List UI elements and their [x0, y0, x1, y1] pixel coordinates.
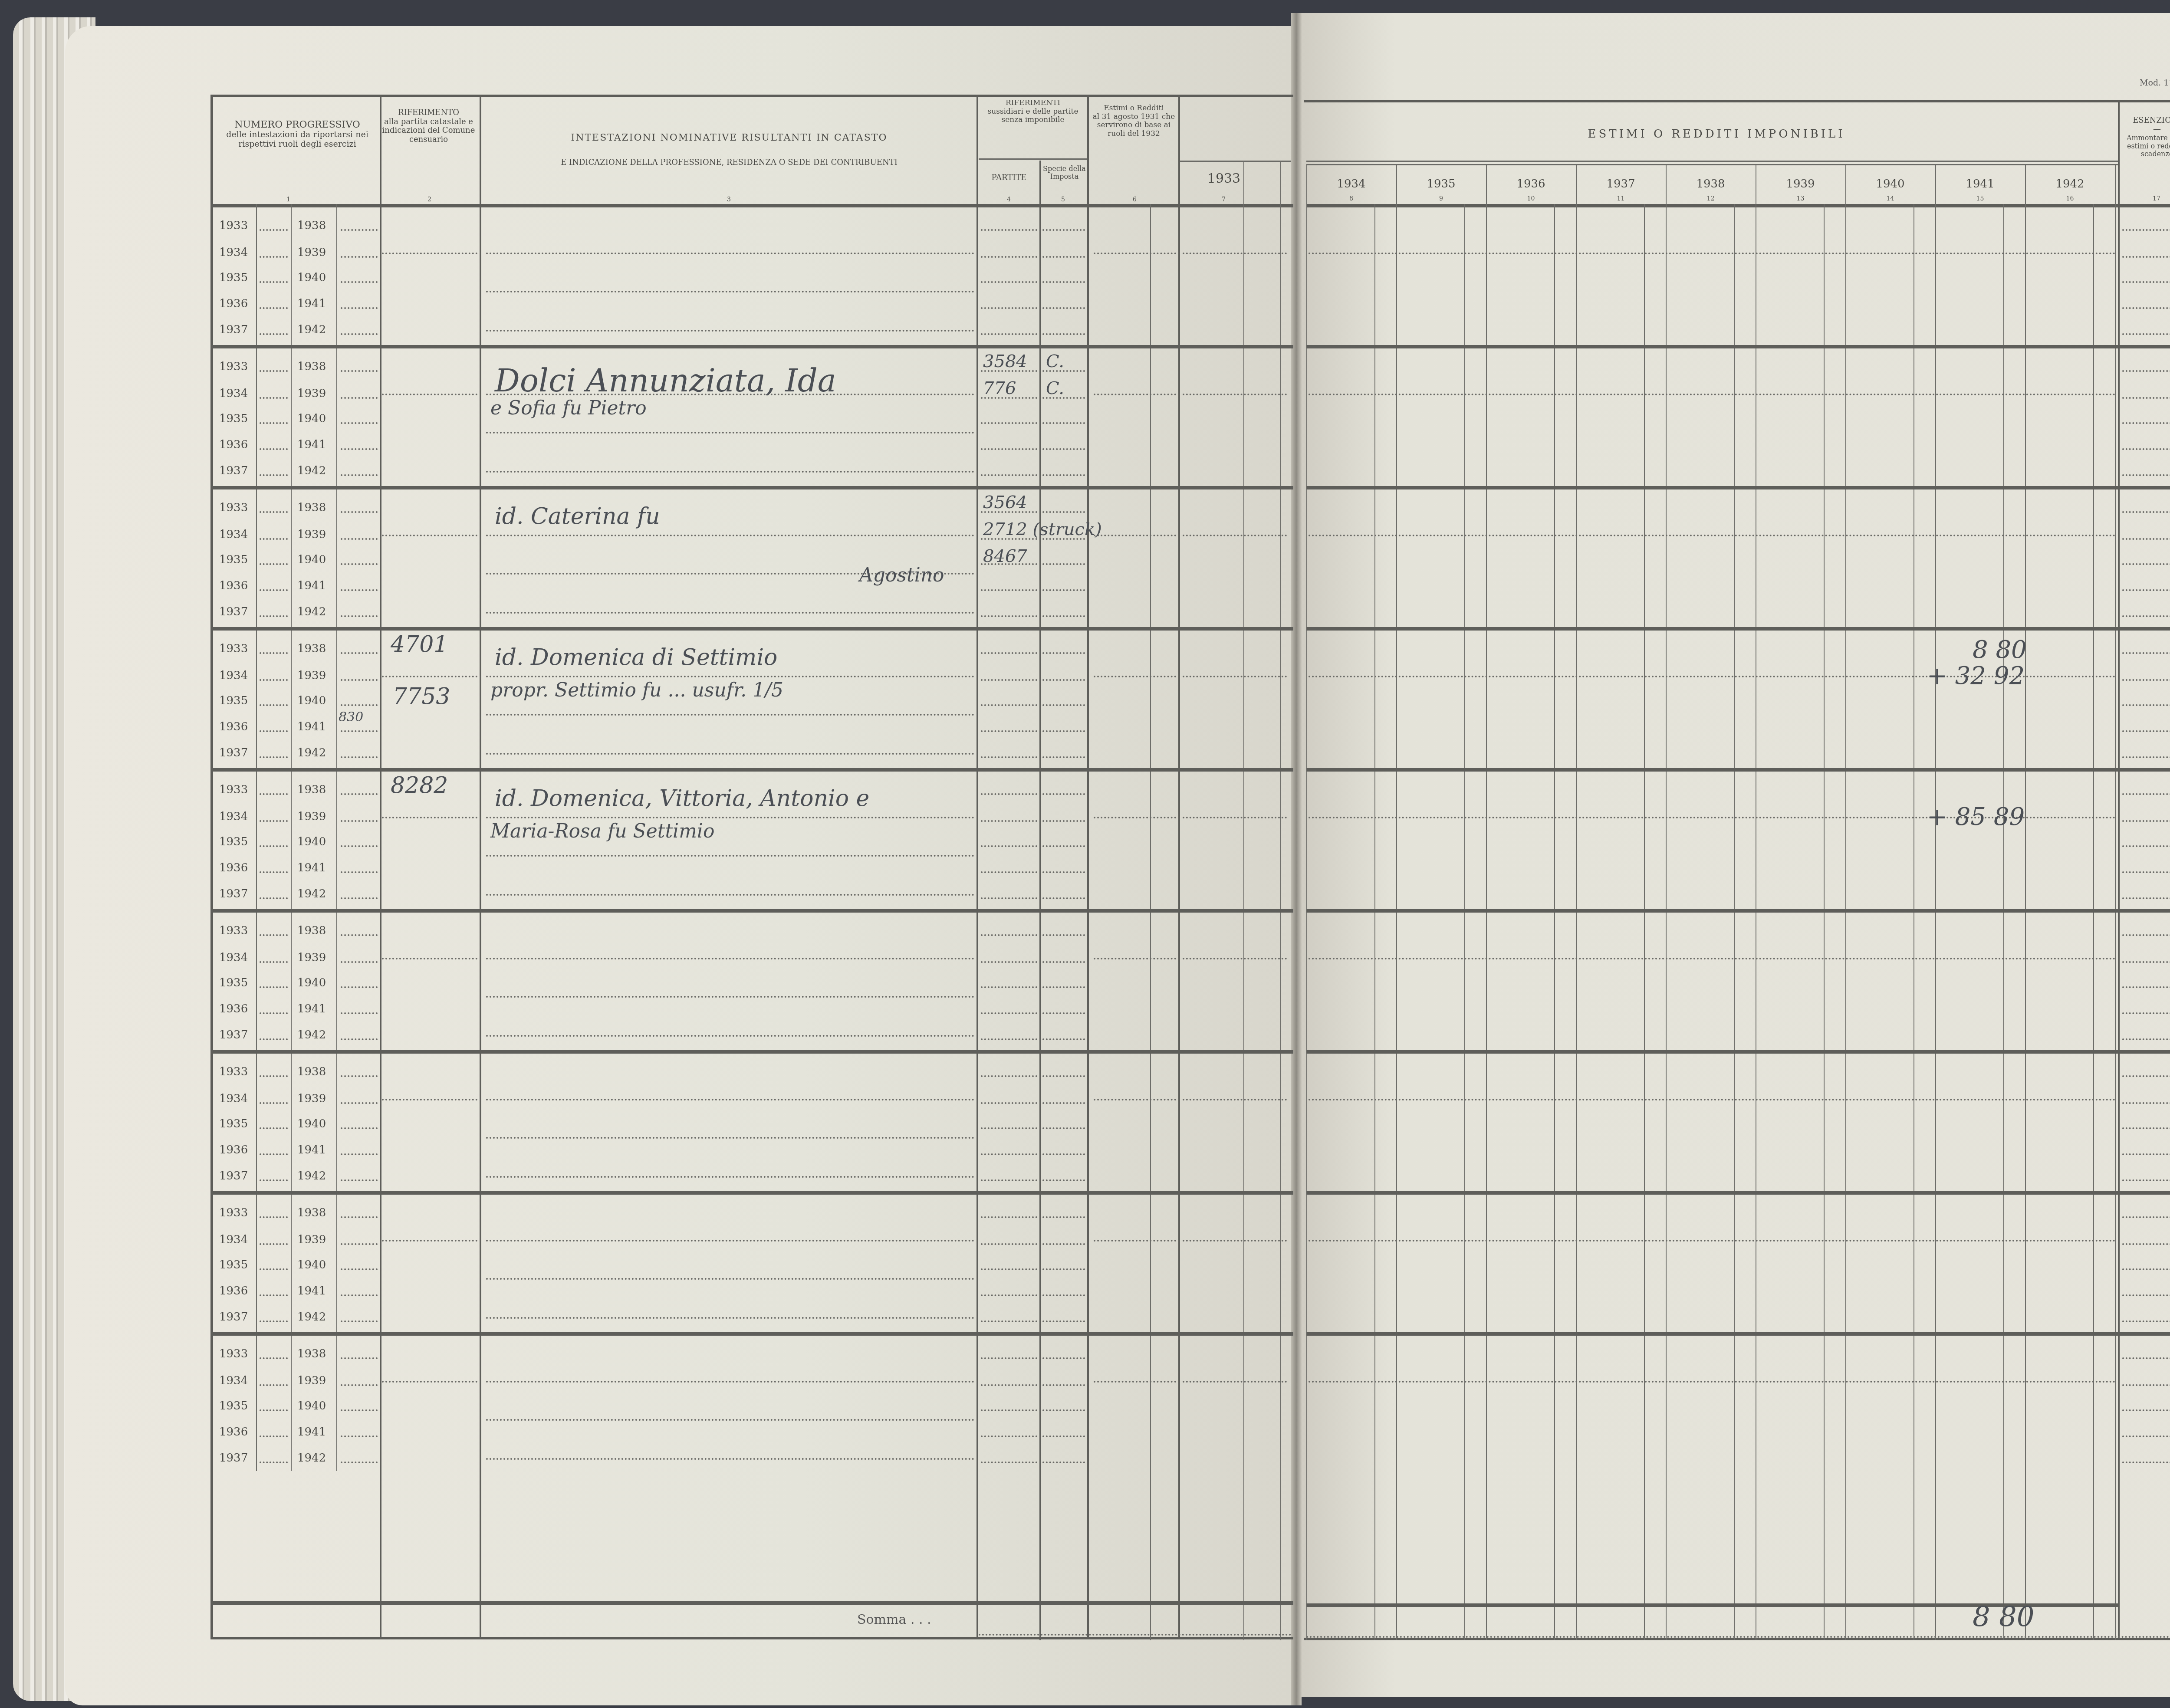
somma-label: Somma . . .: [857, 1612, 931, 1627]
block-rule: [1306, 627, 2170, 631]
col-divider: [2118, 100, 2120, 1640]
year-label: 1938: [297, 360, 326, 373]
dotline: [2122, 820, 2170, 822]
dotline: [981, 1038, 1037, 1040]
dotline: [260, 986, 288, 988]
year-label: 1936: [219, 579, 248, 592]
handwritten-estimo-value: + 32 92: [1927, 662, 2025, 690]
dotline: [1042, 1012, 1085, 1014]
dotline: [2122, 1294, 2170, 1296]
block-rule: [210, 909, 1293, 913]
dotline: [486, 894, 974, 896]
dotline: [341, 1294, 378, 1296]
dotline: [2122, 1179, 2170, 1181]
dotline: [486, 253, 974, 254]
dotline: [260, 589, 288, 591]
year-label: 1941: [297, 720, 326, 733]
dotline: [2122, 1435, 2170, 1437]
dotline: [260, 229, 288, 231]
dotline: [260, 1153, 288, 1155]
year-label: 1936: [219, 1143, 248, 1156]
year-label: 1942: [297, 887, 326, 900]
year-label: 1936: [219, 1284, 248, 1297]
dotline: [2122, 1102, 2170, 1104]
dotline: [341, 229, 378, 231]
year-label: 1941: [297, 861, 326, 874]
col-number: 9: [1396, 195, 1486, 202]
dotline: [260, 422, 288, 424]
entry-name-line2: Maria-Rosa fu Settimio: [490, 820, 714, 842]
dotline: [260, 934, 288, 936]
year-label: 1941: [297, 1143, 326, 1156]
year-column-header: 1941: [1935, 178, 2025, 191]
dotline: [341, 511, 378, 513]
divider: [1306, 164, 2118, 165]
dotline: [341, 961, 378, 963]
dotline: [341, 704, 378, 706]
year-label: 1936: [219, 1426, 248, 1439]
dotline: [2122, 563, 2170, 565]
dotline: [486, 1035, 974, 1037]
dotline: [2122, 845, 2170, 847]
dotline: [981, 589, 1037, 591]
dotline: [341, 1153, 378, 1155]
col-number: 2: [427, 196, 431, 203]
dotline: [260, 563, 288, 565]
dotline: [2122, 961, 2170, 963]
handwritten-estimo-value: + 85 89: [1927, 803, 2025, 831]
dotline: [1042, 730, 1085, 732]
dotline: [981, 1012, 1037, 1014]
dotline: [260, 897, 288, 899]
dotline: [486, 1381, 974, 1383]
entry-specie: C.: [1046, 378, 1064, 398]
dotline: [341, 793, 378, 795]
dotline: [382, 817, 477, 818]
col1-subtitle: delle intestazioni da riportarsi nei ris…: [215, 130, 380, 149]
dotline: [1309, 1240, 2116, 1242]
dotline: [1042, 1216, 1085, 1218]
dotline: [1042, 1179, 1085, 1181]
block-rule: [210, 1332, 1293, 1336]
dotline: [981, 793, 1037, 795]
col-subdivider: [336, 204, 337, 1471]
dotline: [981, 1357, 1037, 1359]
year-column-header: 1938: [1666, 178, 1756, 191]
dotline: [1042, 1435, 1085, 1437]
dotline: [260, 1409, 288, 1411]
year-col-divider: [1306, 165, 1307, 1640]
block-rule: [1306, 909, 2170, 913]
dotline: [981, 229, 1037, 231]
dotline: [1094, 676, 1176, 677]
year-label: 1934: [219, 1374, 248, 1387]
year-label: 1935: [219, 553, 248, 566]
cents-divider: [2003, 204, 2004, 1640]
year-label: 1937: [219, 1028, 248, 1041]
dotline: [486, 1458, 974, 1460]
year-label: 1941: [297, 297, 326, 310]
dotline: [486, 432, 974, 434]
col-number: 8: [1306, 195, 1396, 202]
year-label: 1933: [219, 219, 248, 232]
dotline: [1042, 474, 1085, 476]
dotline: [2122, 793, 2170, 795]
col2-header: RIFERIMENTO alla partita catastale e ind…: [382, 108, 475, 145]
dotline: [341, 1127, 378, 1129]
col1-header: NUMERO PROGRESSIVO delle intestazioni da…: [215, 119, 380, 149]
dotline: [1042, 1243, 1085, 1245]
dotline: [260, 538, 288, 540]
year-label: 1936: [219, 720, 248, 733]
somma-rule: [210, 1601, 1293, 1605]
col-divider: [1087, 95, 1089, 1639]
year-col-divider: [2115, 165, 2116, 1640]
dotline: [981, 820, 1037, 822]
cents-divider: [1554, 204, 1555, 1640]
dotline: [1042, 1294, 1085, 1296]
dotline: [1042, 256, 1085, 258]
dotline: [486, 714, 974, 716]
dotline: [341, 652, 378, 654]
dotline: [2122, 589, 2170, 591]
dotline: [1042, 845, 1085, 847]
dotline: [2122, 333, 2170, 335]
col2-title: RIFERIMENTO: [382, 108, 475, 118]
col-number: 7: [1222, 196, 1226, 203]
dotline: [260, 333, 288, 335]
dotline: [1042, 229, 1085, 231]
dotline: [1094, 394, 1176, 395]
dotline: [2122, 1462, 2170, 1463]
dotline: [260, 1127, 288, 1129]
dotline: [1042, 1357, 1085, 1359]
year-label: 1938: [297, 1347, 326, 1360]
block-rule: [210, 1050, 1293, 1054]
dotline: [341, 986, 378, 988]
block-rule: [1306, 345, 2170, 348]
dotline: [382, 535, 477, 536]
dotline: [1042, 897, 1085, 899]
block-rule: [1306, 486, 2170, 489]
dotline: [1183, 1381, 1287, 1383]
block-rule: [210, 345, 1293, 348]
divider: [1306, 161, 2118, 162]
dotline: [486, 1099, 974, 1100]
dotline: [981, 756, 1037, 758]
year-label: 1933: [219, 501, 248, 514]
block-rule: [1306, 768, 2170, 772]
dotline: [981, 871, 1037, 873]
year-label: 1933: [219, 360, 248, 373]
dotline: [341, 897, 378, 899]
dotline: [1183, 535, 1287, 536]
dotline: [2122, 256, 2170, 258]
dotline: [486, 817, 974, 818]
dotline: [1042, 1102, 1085, 1104]
dotline: [1042, 986, 1085, 988]
col-number: 17: [2153, 195, 2160, 202]
dotline: [2122, 397, 2170, 399]
year-col-divider: [1845, 165, 1846, 1640]
dotline: [2122, 1012, 2170, 1014]
col6-subtitle: al 31 agosto 1931 che servirono di base …: [1089, 113, 1178, 138]
block-rule: [1306, 1191, 2170, 1195]
dotline: [981, 961, 1037, 963]
dotline: [1042, 679, 1085, 681]
dotline: [1042, 871, 1085, 873]
dotline: [260, 1012, 288, 1014]
dotline: [981, 1409, 1037, 1411]
dotline: [486, 471, 974, 473]
somma-total-1941: 8 80: [1973, 1601, 2035, 1633]
dotline: [981, 1153, 1037, 1155]
dotline: [1042, 1153, 1085, 1155]
col6-header: Estimi o Redditi al 31 agosto 1931 che s…: [1089, 104, 1178, 138]
dotline: [981, 615, 1037, 617]
entry-partita: 776: [983, 378, 1016, 398]
somma-dotline: [1306, 1636, 2170, 1638]
year-label: 1937: [219, 746, 248, 759]
dotline: [260, 679, 288, 681]
entry-name-line1: Dolci Annunziata, Ida: [495, 362, 836, 399]
dotline: [486, 996, 974, 998]
dotline: [260, 845, 288, 847]
year-label: 1935: [219, 412, 248, 425]
year-col-divider: [1666, 165, 1667, 1640]
dotline: [2122, 1409, 2170, 1411]
year-label: 1939: [297, 669, 326, 682]
col-number: 10: [1486, 195, 1576, 202]
block-rule: [210, 1191, 1293, 1195]
dotline: [981, 1462, 1037, 1463]
dotline: [260, 652, 288, 654]
dotline: [341, 1075, 378, 1077]
year-label: 1941: [297, 438, 326, 451]
col-number: 5: [1061, 196, 1065, 203]
section-title: ESTIMI O REDDITI IMPONIBILI: [1315, 128, 2118, 141]
dotline: [1042, 307, 1085, 309]
dotline: [981, 845, 1037, 847]
year-col-divider: [1935, 165, 1936, 1640]
dotline: [1042, 511, 1085, 513]
dotline: [1183, 1240, 1287, 1242]
dotline: [981, 704, 1037, 706]
dotline: [260, 1435, 288, 1437]
col-number: 3: [727, 196, 731, 203]
esenzioni-header: ESENZIONI — Ammontare degli estimi o red…: [2118, 116, 2170, 158]
esenzioni-title: ESENZIONI: [2118, 116, 2170, 125]
dotline: [1094, 817, 1176, 818]
dotline: [382, 958, 477, 959]
dotline: [1042, 793, 1085, 795]
dotline: [260, 1216, 288, 1218]
entry-partita: 3564: [983, 493, 1027, 512]
dotline: [2122, 370, 2170, 372]
dotline: [260, 1462, 288, 1463]
dotline: [1042, 756, 1085, 758]
dotline: [341, 1243, 378, 1245]
col-number: 13: [1756, 195, 1845, 202]
dotline: [260, 370, 288, 372]
col3-title: INTESTAZIONI NOMINATIVE RISULTANTI IN CA…: [482, 132, 976, 143]
year-label: 1934: [219, 246, 248, 259]
entry-riferimento: 4701: [391, 631, 448, 657]
dotline: [382, 253, 477, 254]
year-label: 1936: [219, 297, 248, 310]
somma-dotline: [979, 1634, 1291, 1636]
year-label: 1935: [219, 1258, 248, 1271]
dotline: [981, 679, 1037, 681]
dotline: [341, 845, 378, 847]
year-label: 1939: [297, 387, 326, 400]
dotline: [2122, 615, 2170, 617]
year-column-header: 1939: [1756, 178, 1845, 191]
year-label: 1940: [297, 1117, 326, 1130]
dotline: [2122, 474, 2170, 476]
dotline: [341, 756, 378, 758]
dotline: [260, 615, 288, 617]
dotline: [1183, 676, 1287, 677]
block-rule: [210, 627, 1293, 631]
col4-5-header: RIFERIMENTI sussidiari e delle partite s…: [979, 99, 1087, 125]
year-col-divider: [1486, 165, 1487, 1640]
year-label: 1934: [219, 669, 248, 682]
right-table-frame: [1304, 100, 2170, 1640]
year-label: 1942: [297, 1028, 326, 1041]
col-divider: [1039, 161, 1041, 1640]
year-label: 1939: [297, 951, 326, 964]
dotline: [1042, 563, 1085, 565]
dotline: [981, 333, 1037, 335]
year-label: 1939: [297, 1374, 326, 1387]
dotline: [2122, 897, 2170, 899]
dotline: [2122, 756, 2170, 758]
dotline: [260, 961, 288, 963]
dotline: [981, 474, 1037, 476]
dotline: [260, 474, 288, 476]
dotline: [260, 704, 288, 706]
dotline: [1042, 615, 1085, 617]
dotline: [981, 1320, 1037, 1322]
dotline: [1183, 958, 1287, 959]
year-label: 1941: [297, 579, 326, 592]
col-number: 1: [286, 196, 290, 203]
col-number: 12: [1666, 195, 1756, 202]
cents-divider: [1914, 204, 1914, 1640]
year-col-divider: [2025, 165, 2026, 1640]
cents-divider: [1374, 204, 1375, 1640]
col-divider: [1178, 95, 1180, 1639]
dotline: [486, 291, 974, 292]
col7-year-1933: 1933: [1180, 171, 1267, 187]
year-label: 1933: [219, 783, 248, 796]
year-label: 1934: [219, 1092, 248, 1105]
year-label: 1942: [297, 1169, 326, 1182]
year-label: 1934: [219, 387, 248, 400]
year-label: 1940: [297, 271, 326, 284]
dotline: [260, 871, 288, 873]
block-rule: [1306, 1050, 2170, 1054]
dotline: [260, 1243, 288, 1245]
year-label: 1934: [219, 810, 248, 823]
dotline: [260, 1268, 288, 1270]
year-label: 1938: [297, 219, 326, 232]
entry-name-line1: id. Domenica, Vittoria, Antonio e: [495, 785, 869, 811]
esenzioni-dash: —: [2118, 125, 2170, 135]
dotline: [2122, 1216, 2170, 1218]
col2-subtitle: alla partita catastale e indicazioni del…: [382, 118, 475, 145]
year-label: 1935: [219, 1399, 248, 1412]
dotline: [486, 676, 974, 677]
year-label: 1939: [297, 1092, 326, 1105]
dotline: [981, 1179, 1037, 1181]
dotline: [1042, 333, 1085, 335]
dotline: [260, 397, 288, 399]
dotline: [260, 730, 288, 732]
block-rule: [210, 486, 1293, 489]
col4-5-title: RIFERIMENTI: [979, 99, 1087, 108]
year-label: 1933: [219, 642, 248, 655]
dotline: [382, 676, 477, 677]
entry-riferimento-2: 7753: [393, 683, 450, 709]
dotline: [2122, 934, 2170, 936]
dotline: [2122, 1384, 2170, 1386]
year-label: 1933: [219, 1347, 248, 1360]
dotline: [341, 589, 378, 591]
year-label: 1939: [297, 528, 326, 541]
dotline: [260, 756, 288, 758]
col-subdivider: [291, 204, 292, 1471]
year-label: 1937: [219, 464, 248, 477]
dotline: [1183, 253, 1287, 254]
dotline: [981, 730, 1037, 732]
col3-subtitle: E INDICAZIONE DELLA PROFESSIONE, RESIDEN…: [482, 158, 976, 168]
year-label: 1937: [219, 323, 248, 336]
year-column-header: 1942: [2025, 178, 2115, 191]
dotline: [341, 679, 378, 681]
dotline: [981, 1243, 1037, 1245]
year-label: 1937: [219, 605, 248, 618]
dotline: [486, 612, 974, 614]
col4-5-subtitle: sussidiari e delle partite senza imponib…: [979, 108, 1087, 125]
entry-margin-note: 830: [339, 709, 363, 725]
entry-riferimento: 8282: [391, 772, 448, 798]
entry-specie: C.: [1046, 351, 1064, 371]
dotline: [1042, 1268, 1085, 1270]
col-number: 6: [1133, 196, 1137, 203]
dotline: [2122, 538, 2170, 540]
dotline: [341, 1357, 378, 1359]
dotline: [1309, 1099, 2116, 1100]
dotline: [1309, 394, 2116, 395]
block-rule: [1306, 1332, 2170, 1336]
dotline: [981, 934, 1037, 936]
year-label: 1939: [297, 810, 326, 823]
dotline: [1042, 652, 1085, 654]
dotline: [341, 307, 378, 309]
divider: [1178, 161, 1291, 162]
year-label: 1938: [297, 1206, 326, 1219]
year-label: 1937: [219, 1452, 248, 1465]
col-divider: [976, 95, 978, 1639]
cents-divider: [1464, 204, 1465, 1640]
dotline: [1094, 535, 1176, 536]
dotline: [341, 1384, 378, 1386]
year-label: 1934: [219, 951, 248, 964]
dotline: [2122, 448, 2170, 450]
dotline: [341, 1268, 378, 1270]
